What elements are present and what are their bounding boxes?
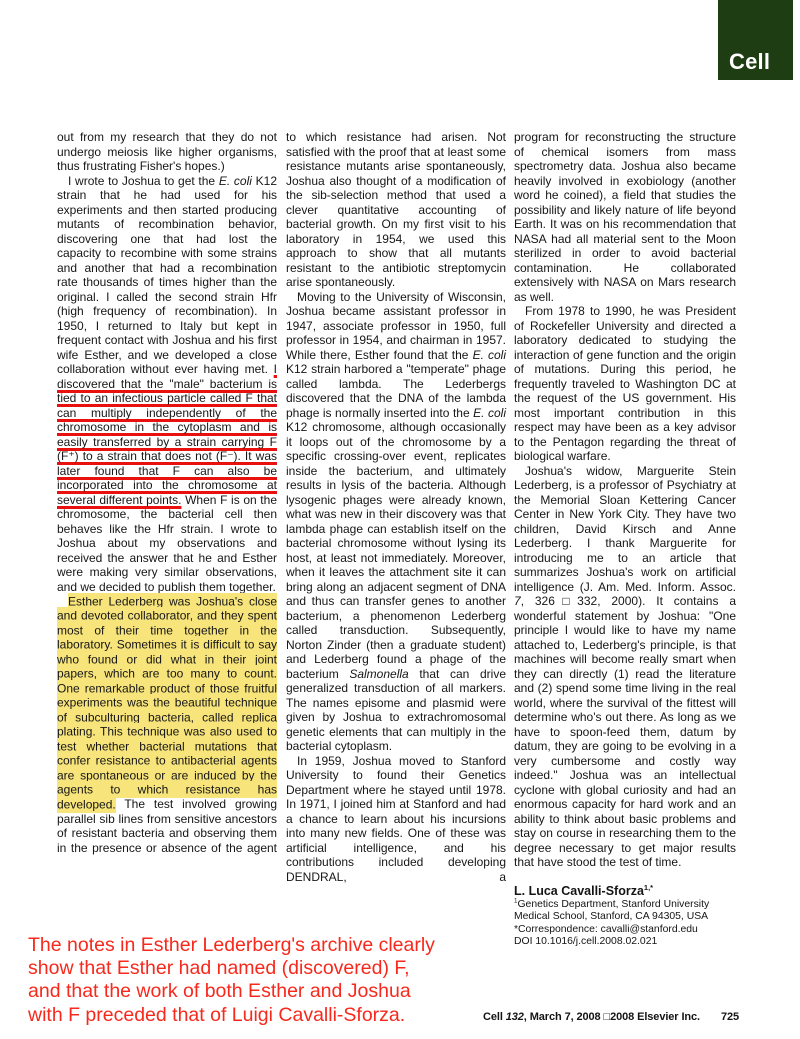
paragraph: From 1978 to 1990, he was President of R… <box>514 304 736 464</box>
page-footer: Cell 132, March 7, 2008 □2008 Elsevier I… <box>483 1011 739 1023</box>
author-affiliation: 1Genetics Department, Stanford Universit… <box>514 899 746 911</box>
text-column-2: to which resistance had arisen. Not sati… <box>286 130 506 884</box>
page-number: 725 <box>721 1011 739 1023</box>
author-name: L. Luca Cavalli-Sforza1,* <box>514 884 746 898</box>
paragraph: Moving to the University of Wisconsin, J… <box>286 290 506 754</box>
doi: DOI 10.1016/j.cell.2008.02.021 <box>514 936 746 948</box>
correspondence-email: *Correspondence: cavalli@stanford.edu <box>514 924 746 936</box>
annotation-line: and that the work of both Esther and Jos… <box>28 980 435 1003</box>
author-signature-block: L. Luca Cavalli-Sforza1,* 1Genetics Depa… <box>514 884 746 948</box>
text-column-1: out from my research that they do not un… <box>57 130 277 855</box>
paragraph: Esther Lederberg was Joshua's close and … <box>57 594 277 855</box>
footer-citation: Cell 132, March 7, 2008 □2008 Elsevier I… <box>483 1011 700 1023</box>
author-affiliation: Medical School, Stanford, CA 94305, USA <box>514 911 746 923</box>
paragraph: program for reconstructing the structure… <box>514 130 736 304</box>
paragraph: to which resistance had arisen. Not sati… <box>286 130 506 290</box>
annotation-line: The notes in Esther Lederberg's archive … <box>28 934 435 957</box>
paragraph: I wrote to Joshua to get the E. coli K12… <box>57 174 277 595</box>
paragraph: In 1959, Joshua moved to Stanford Univer… <box>286 754 506 885</box>
journal-page: Cell out from my research that they do n… <box>0 0 800 1039</box>
annotation-note: The notes in Esther Lederberg's archive … <box>28 934 435 1027</box>
text-column-3: program for reconstructing the structure… <box>514 130 736 870</box>
annotation-line: with F preceded that of Luigi Cavalli-Sf… <box>28 1004 435 1027</box>
paragraph: out from my research that they do not un… <box>57 130 277 174</box>
annotation-line: show that Esther had named (discovered) … <box>28 957 435 980</box>
paragraph: Joshua's widow, Marguerite Stein Lederbe… <box>514 464 736 870</box>
journal-brand-label: Cell <box>729 49 770 75</box>
cell-logo-box: Cell <box>718 0 793 80</box>
